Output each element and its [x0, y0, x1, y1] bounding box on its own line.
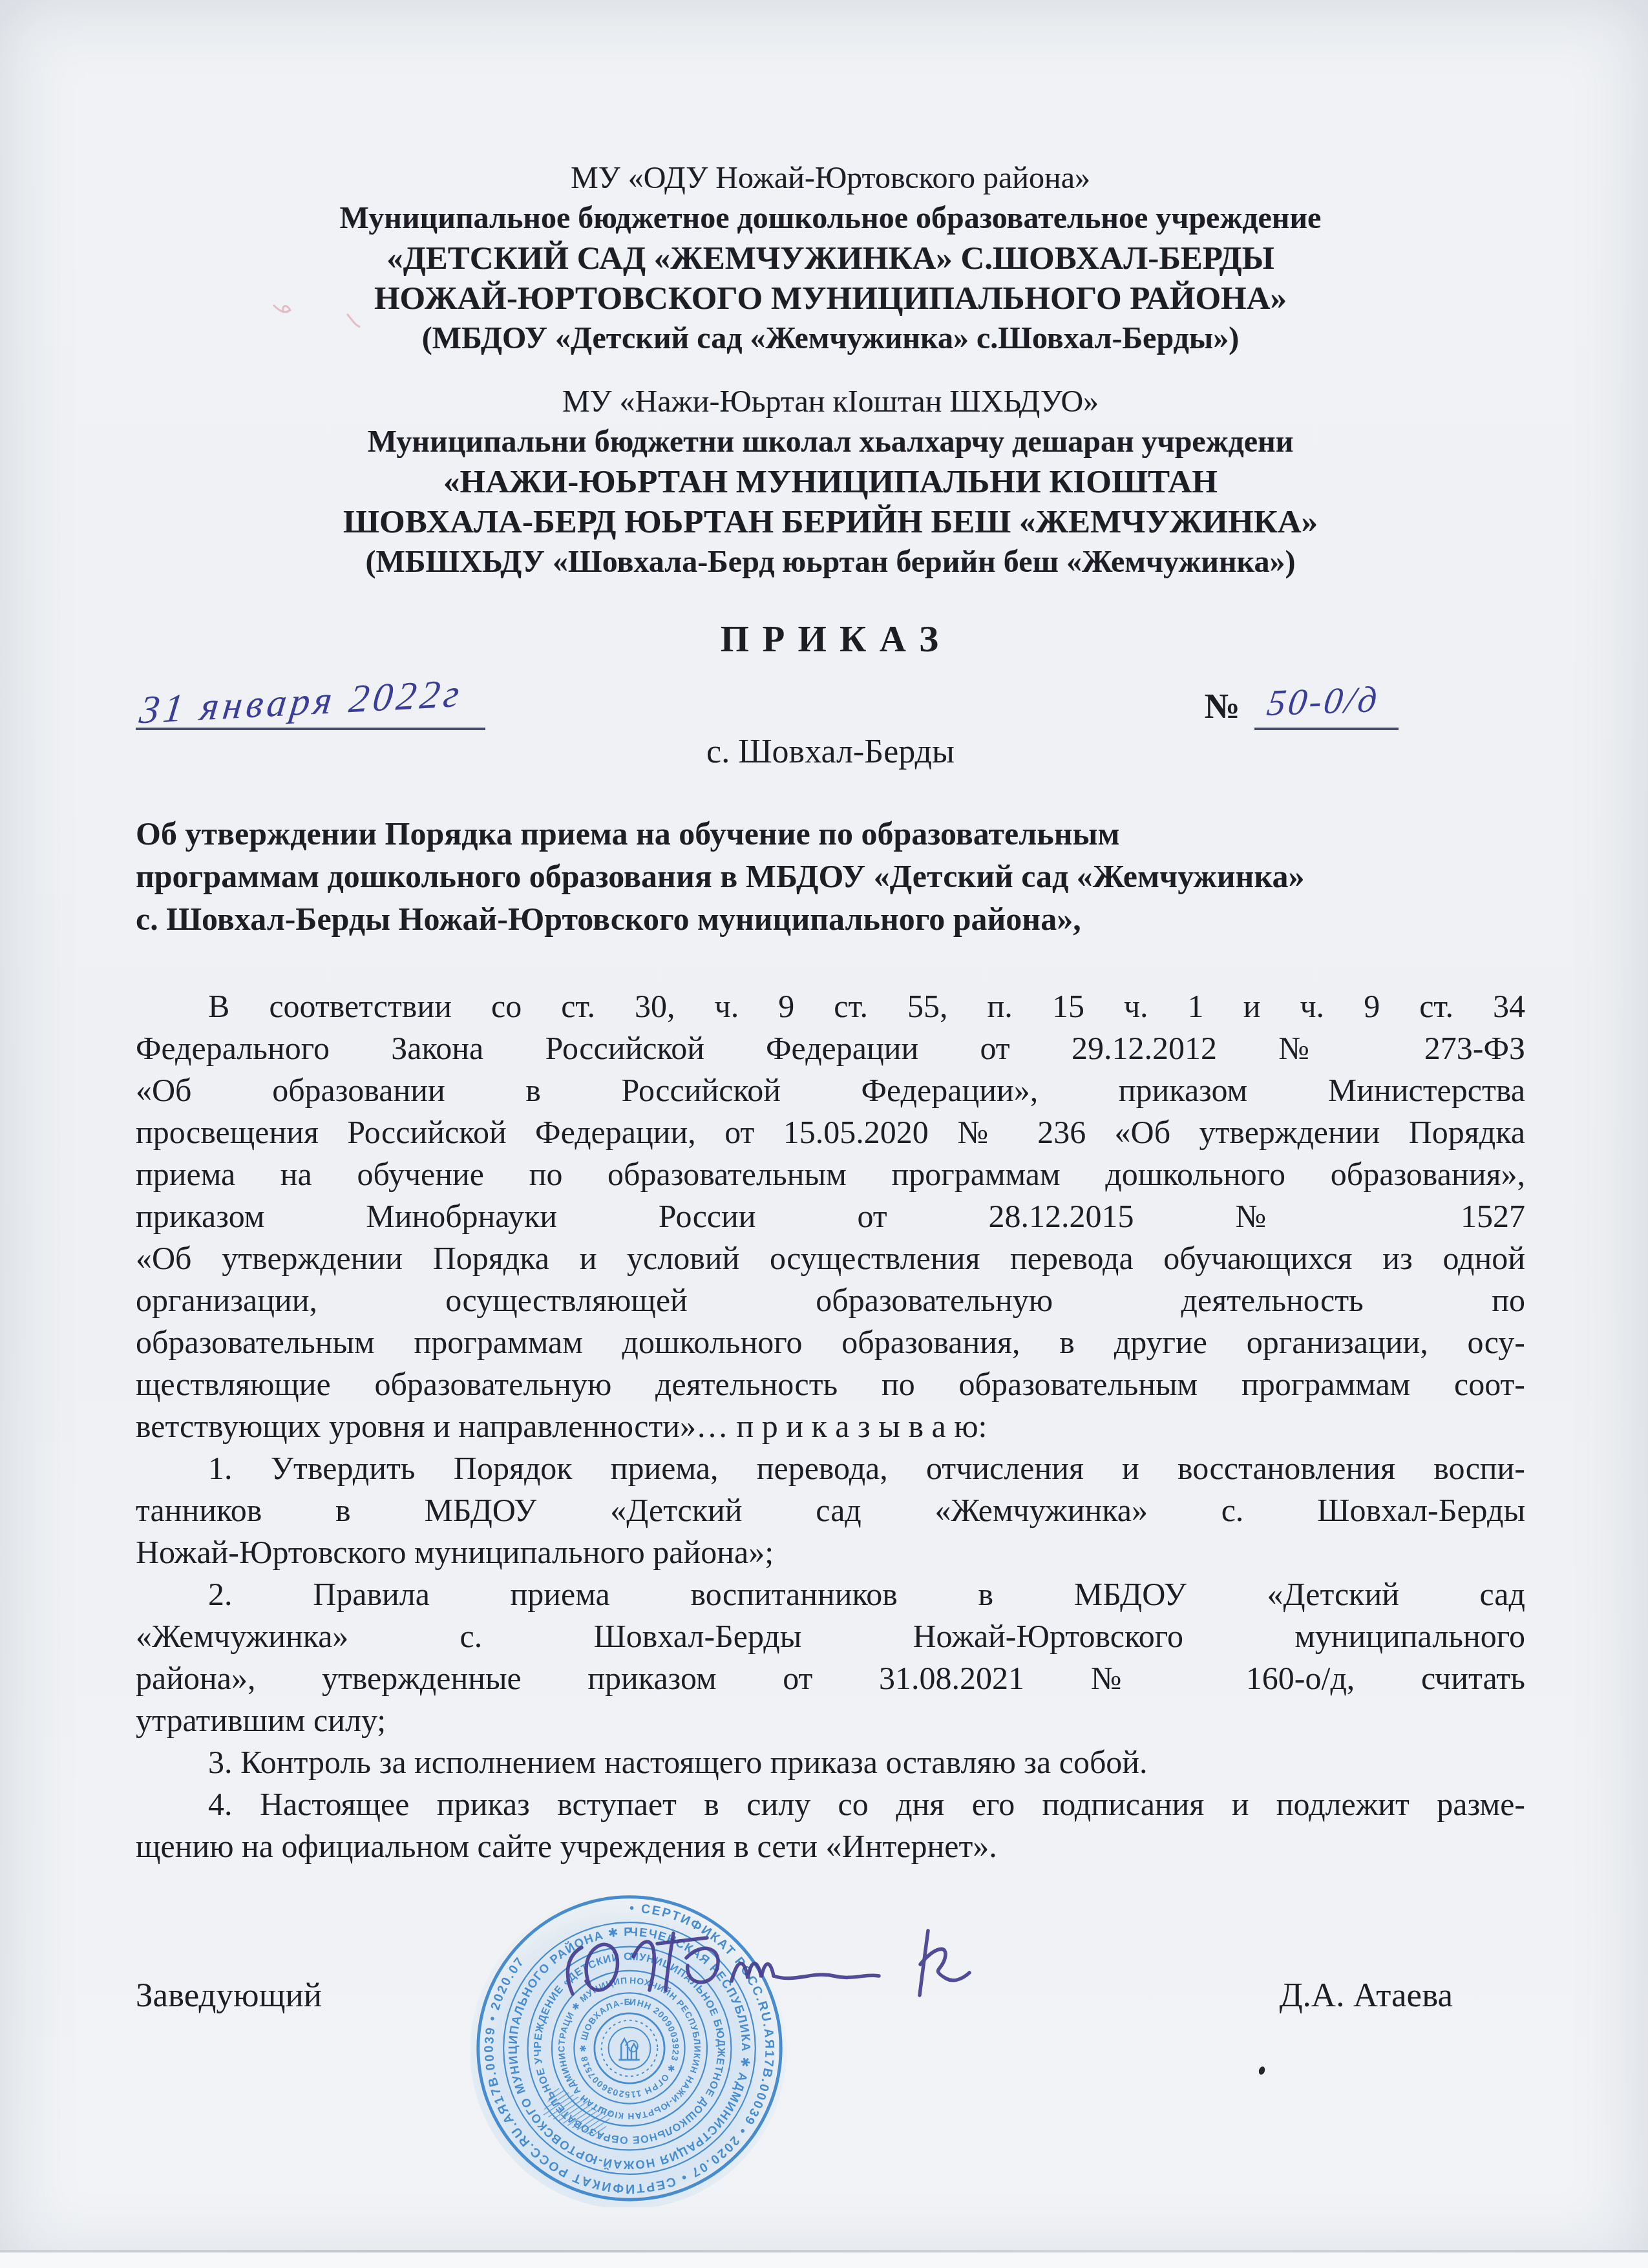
pink-squiggle — [273, 305, 290, 313]
item-2-line: района», утвержденные приказом от 31.08.… — [136, 1657, 1525, 1699]
scanned-order-document: МУ «ОДУ Ножай-Юртовского района» Муницип… — [0, 0, 1648, 2268]
org-name-line: Муниципальни бюджетни школал хьалхарчу д… — [136, 422, 1525, 462]
order-number: № 50-0/д — [1205, 680, 1399, 730]
org-name-line: ШОВХАЛА-БЕРД ЮЬРТАН БЕРИЙН БЕШ «ЖЕМЧУЖИН… — [136, 502, 1525, 542]
place-line: с. Шовхал-Берды — [136, 733, 1525, 771]
pink-squiggle — [347, 314, 360, 327]
handwritten-date-text: 31 января 2022г — [137, 671, 466, 734]
body-line: ществляющие образовательную деятельность… — [136, 1363, 1525, 1405]
body-line: ветствующих уровня и направленности»… п … — [136, 1405, 1525, 1447]
handwritten-signature — [551, 1918, 1055, 2044]
signature-strokes — [567, 1931, 969, 1995]
subject-line: с. Шовхал-Берды Ножай-Юртовского муницип… — [136, 898, 1525, 940]
paper-edge-strip — [0, 2252, 1648, 2268]
body-line: «Об утверждении Порядка и условий осущес… — [136, 1237, 1525, 1279]
body-line: В соответствии со ст. 30, ч. 9 ст. 55, п… — [136, 985, 1525, 1027]
body-line: просвещения Российской Федерации, от 15.… — [136, 1111, 1525, 1153]
item-1-line: Ножай-Юртовского муниципального района»; — [136, 1531, 1525, 1573]
pink-pen-marks — [262, 291, 391, 342]
order-subject: Об утверждении Порядка приема на обучени… — [136, 812, 1525, 940]
item-1-line: танников в МБДОУ «Детский сад «Жемчужинк… — [136, 1489, 1525, 1531]
org-name-line: «НАЖИ-ЮЬРТАН МУНИЦИПАЛЬНИ КIОШТАН — [136, 462, 1525, 502]
subject-line: программам дошкольного образования в МБД… — [136, 855, 1525, 898]
org-name-line: МУ «Нажи-Юьртан кIоштан ШХЬДУО» — [136, 382, 1525, 422]
number-sign-label: № — [1205, 688, 1240, 730]
signature-ink-graphic — [551, 1918, 1055, 2044]
body-line: организации, осуществляющей образователь… — [136, 1279, 1525, 1321]
body-line: «Об образовании в Российской Федерации»,… — [136, 1069, 1525, 1111]
org-name-line: Муниципальное бюджетное дошкольное образ… — [136, 198, 1525, 238]
item-3-line: 3. Контроль за исполнением настоящего пр… — [136, 1741, 1525, 1783]
handwritten-date: 31 января 2022г — [136, 680, 485, 730]
order-body: В соответствии со ст. 30, ч. 9 ст. 55, п… — [136, 985, 1525, 1867]
org-name-line: (МБШХЬДУ «Шовхала-Берд юьртан берийн беш… — [136, 542, 1525, 582]
item-2-line: утратившим силу; — [136, 1699, 1525, 1741]
body-line: приказом Минобрнауки России от 28.12.201… — [136, 1195, 1525, 1237]
ink-dot-artifact — [1258, 2066, 1266, 2075]
document-content: МУ «ОДУ Ножай-Юртовского района» Муницип… — [0, 0, 1648, 2015]
item-2-line: «Жемчужинка» с. Шовхал-Берды Ножай-Юртов… — [136, 1615, 1525, 1657]
spacer — [136, 359, 1525, 382]
subject-line: Об утверждении Порядка приема на обучени… — [136, 812, 1525, 855]
item-2-line: 2. Правила приема воспитанников в МБДОУ … — [136, 1573, 1525, 1615]
signer-name: Д.А. Атаева — [1279, 1976, 1453, 2015]
header-chechen: МУ «Нажи-Юьртан кIоштан ШХЬДУО» Муниципа… — [136, 382, 1525, 582]
org-name-line: «ДЕТСКИЙ САД «ЖЕМЧУЖИНКА» С.ШОВХАЛ-БЕРДЫ — [136, 238, 1525, 278]
org-name-line: МУ «ОДУ Ножай-Юртовского района» — [136, 158, 1525, 198]
item-4-line: щению на официальном сайте учреждения в … — [136, 1825, 1525, 1867]
body-line: Федерального Закона Российской Федерации… — [136, 1027, 1525, 1069]
handwritten-number-text: 50-0/д — [1264, 678, 1382, 724]
body-line: образовательным программам дошкольного о… — [136, 1321, 1525, 1363]
body-line: приема на обучение по образовательным пр… — [136, 1153, 1525, 1195]
signer-role: Заведующий — [136, 1976, 322, 2015]
date-number-row: 31 января 2022г № 50-0/д — [136, 680, 1525, 730]
item-1-line: 1. Утвердить Порядок приема, перевода, о… — [136, 1447, 1525, 1489]
document-title: П Р И К А З — [136, 618, 1525, 660]
handwritten-number: 50-0/д — [1254, 680, 1399, 730]
item-4-line: 4. Настоящее приказ вступает в силу со д… — [136, 1783, 1525, 1825]
